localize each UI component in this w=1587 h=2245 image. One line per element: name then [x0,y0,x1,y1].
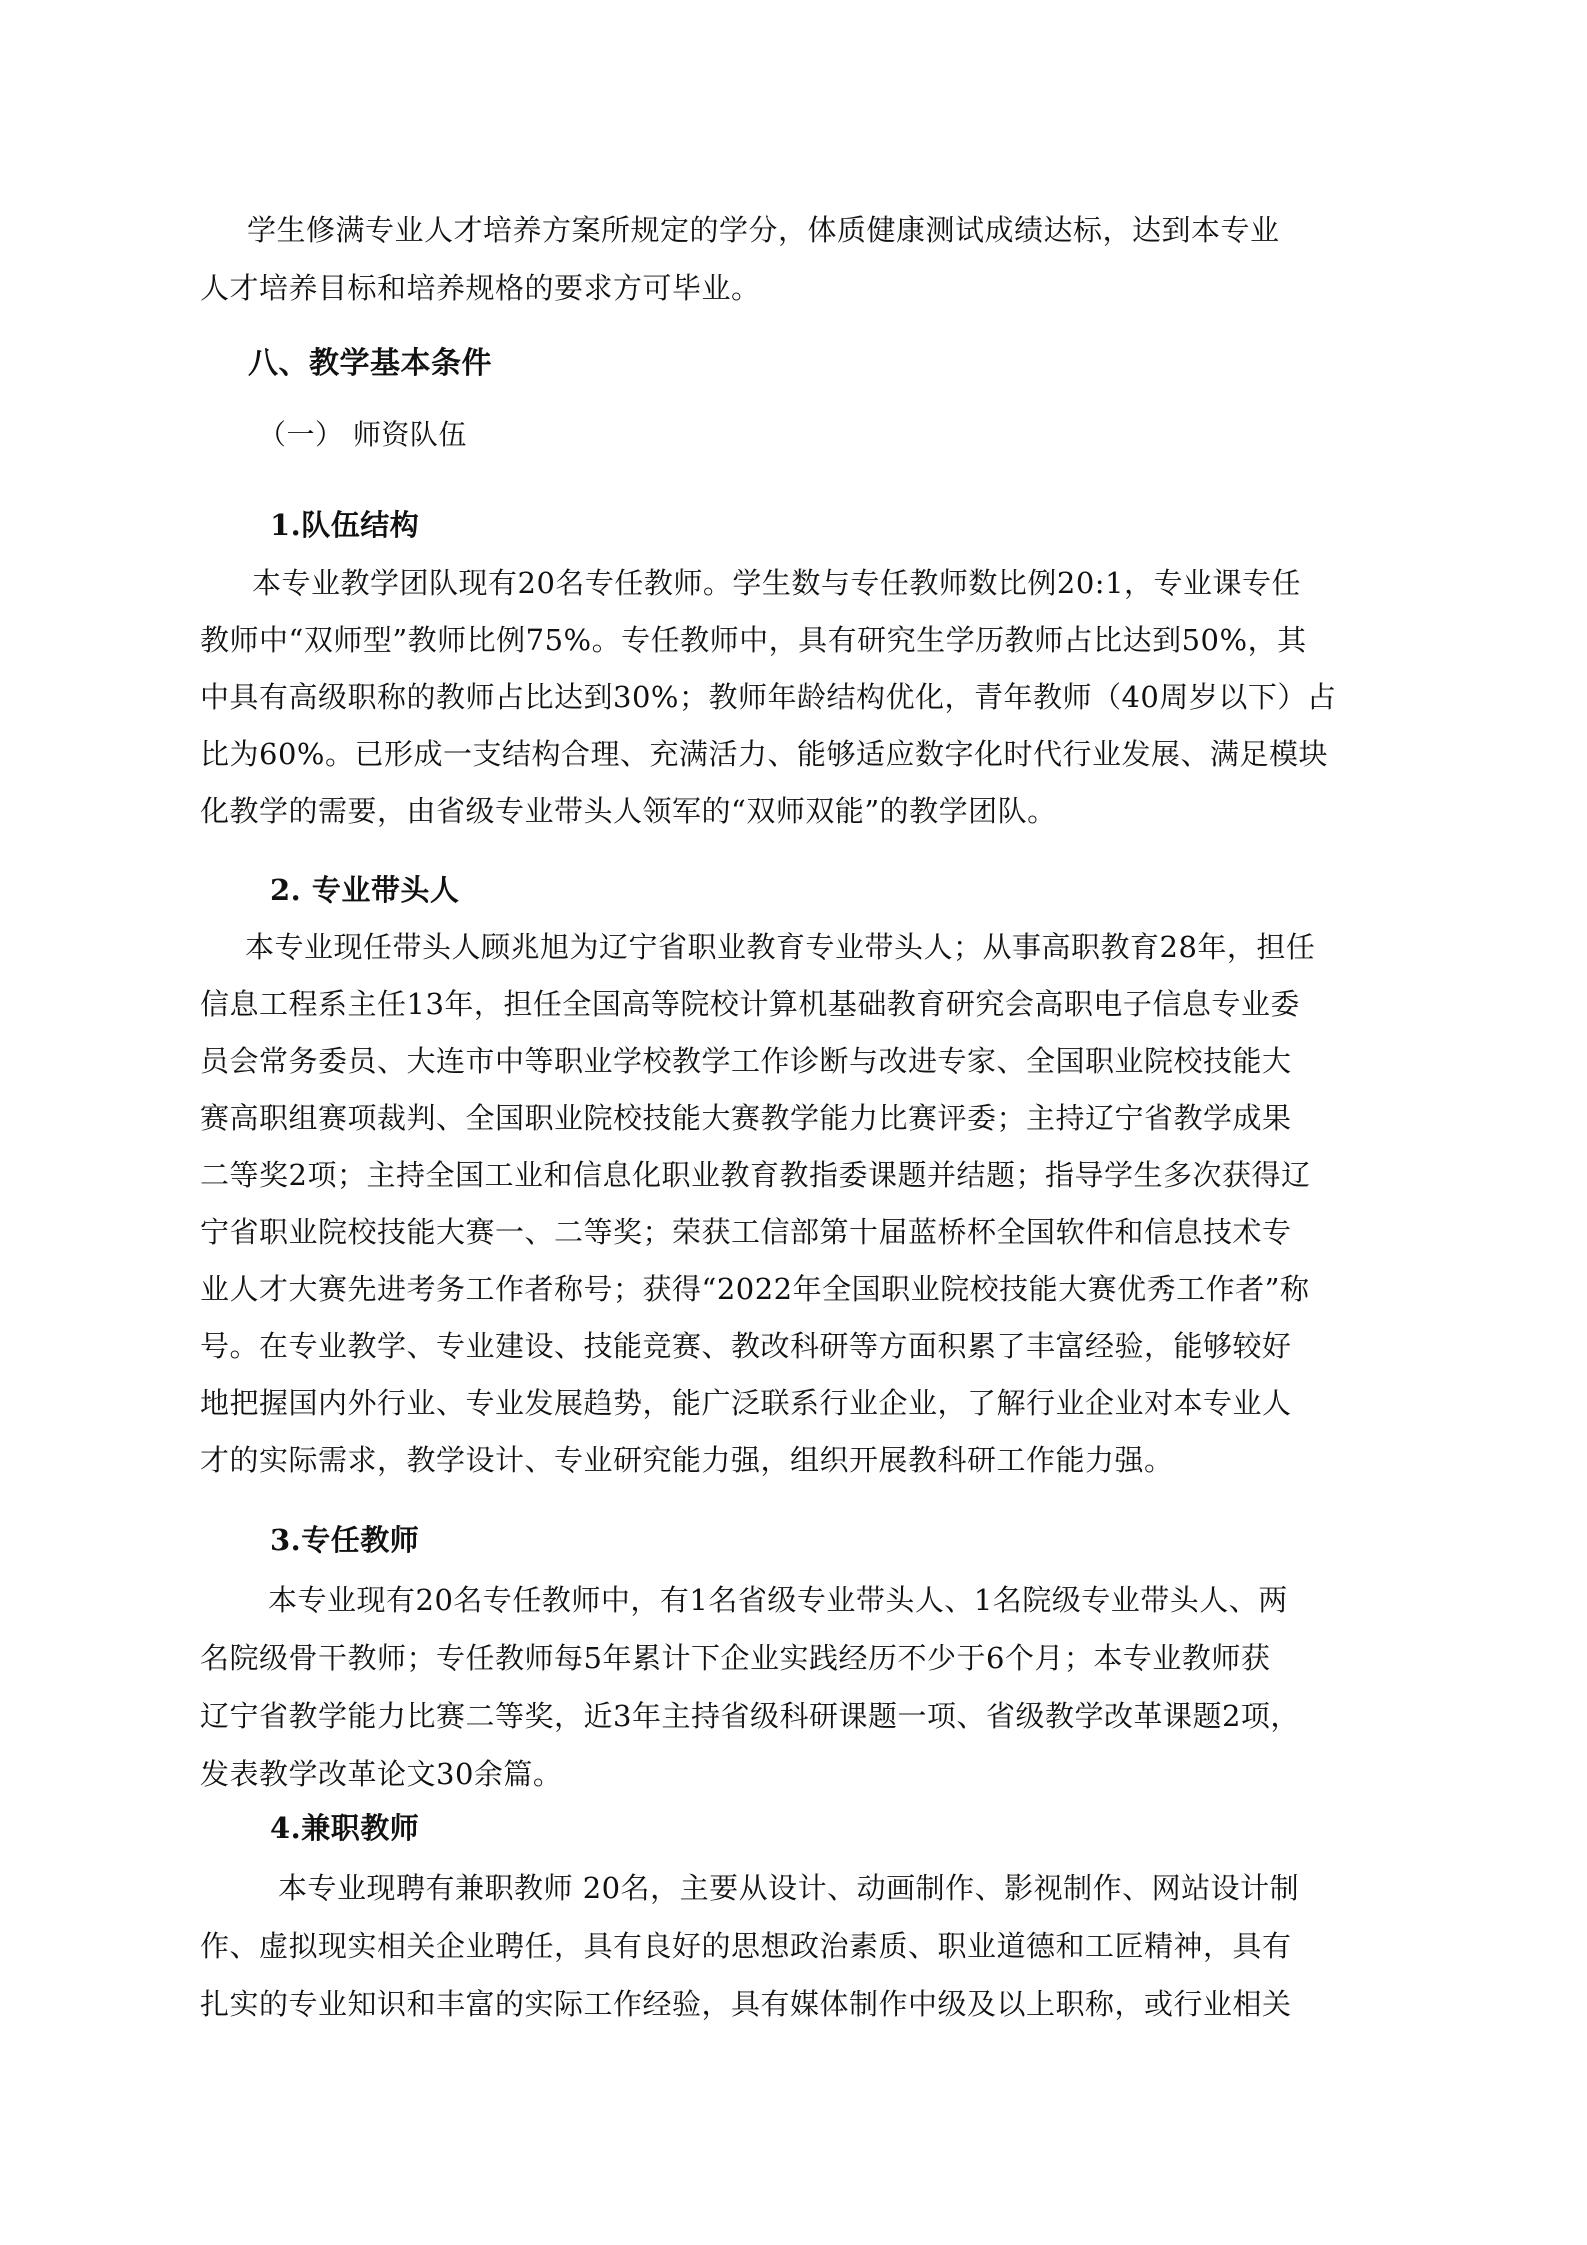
paragraph-line: 人才培养目标和培养规格的要求方可毕业。 [200,268,761,308]
paragraph-line: 教师中“双师型”教师比例75%。专任教师中，具有研究生学历教师占比达到50%，其 [200,620,1307,660]
paragraph-line: 辽宁省教学能力比赛二等奖，近3年主持省级科研课题一项、省级教学改革课题2项， [200,1696,1300,1736]
item-heading: 4.兼职教师 [270,1808,419,1848]
paragraph-line: 员会常务委员、大连市中等职业学校教学工作诊断与改进专家、全国职业院校技能大 [200,1041,1292,1081]
section-heading: 八、教学基本条件 [248,344,492,384]
paragraph-line: 扎实的专业知识和丰富的实际工作经验，具有媒体制作中级及以上职称，或行业相关 [200,1984,1292,2024]
paragraph-line: 比为60%。已形成一支结构合理、充满活力、能够适应数字化时代行业发展、满足模块 [200,734,1328,774]
paragraph-line: 名院级骨干教师；专任教师每5年累计下企业实践经历不少于6个月；本专业教师获 [200,1638,1270,1678]
paragraph-line: 化教学的需要，由省级专业带头人领军的“双师双能”的教学团队。 [200,791,1057,831]
paragraph-line: 赛高职组赛项裁判、全国职业院校技能大赛教学能力比赛评委；主持辽宁省教学成果 [200,1098,1292,1138]
paragraph-line: 业人才大赛先进考务工作者称号；获得“2022年全国职业院校技能大赛优秀工作者”称 [200,1269,1309,1309]
subsection-heading: （一） 师资队伍 [258,415,467,455]
paragraph-line: 发表教学改革论文30余篇。 [200,1754,562,1794]
paragraph-line: 学生修满专业人才培养方案所规定的学分，体质健康测试成绩达标，达到本专业 [247,210,1280,250]
paragraph-line: 信息工程系主任13年，担任全国高等院校计算机基础教育研究会高职电子信息专业委 [200,984,1300,1024]
paragraph-line: 作、虚拟现实相关企业聘任，具有良好的思想政治素质、职业道德和工匠精神，具有 [200,1926,1292,1966]
item-heading: 3.专任教师 [270,1520,419,1560]
paragraph-line: 才的实际需求，教学设计、专业研究能力强，组织开展教科研工作能力强。 [200,1440,1174,1480]
paragraph-line: 本专业现聘有兼职教师 20名，主要从设计、动画制作、影视制作、网站设计制 [278,1868,1299,1908]
paragraph-line: 宁省职业院校技能大赛一、二等奖；荣获工信部第十届蓝桥杯全国软件和信息技术专 [200,1212,1292,1252]
paragraph-line: 号。在专业教学、专业建设、技能竞赛、教改科研等方面积累了丰富经验，能够较好 [200,1326,1292,1366]
item-heading: 2. 专业带头人 [270,870,459,910]
paragraph-line: 本专业教学团队现有20名专任教师。学生数与专任教师数比例20:1，专业课专任 [252,563,1301,603]
document-page: 学生修满专业人才培养方案所规定的学分，体质健康测试成绩达标，达到本专业 人才培养… [0,0,1587,2245]
paragraph-line: 二等奖2项；主持全国工业和信息化职业教育教指委课题并结题；指导学生多次获得辽 [200,1155,1310,1195]
paragraph-line: 中具有高级职称的教师占比达到30%；教师年龄结构优化，青年教师（40周岁以下）占 [200,677,1336,717]
paragraph-line: 地把握国内外行业、专业发展趋势，能广泛联系行业企业，了解行业企业对本专业人 [200,1383,1292,1423]
paragraph-line: 本专业现有20名专任教师中，有1名省级专业带头人、1名院级专业带头人、两 [268,1580,1288,1620]
item-heading: 1.队伍结构 [270,505,419,545]
paragraph-line: 本专业现任带头人顾兆旭为辽宁省职业教育专业带头人；从事高职教育28年，担任 [245,927,1315,967]
